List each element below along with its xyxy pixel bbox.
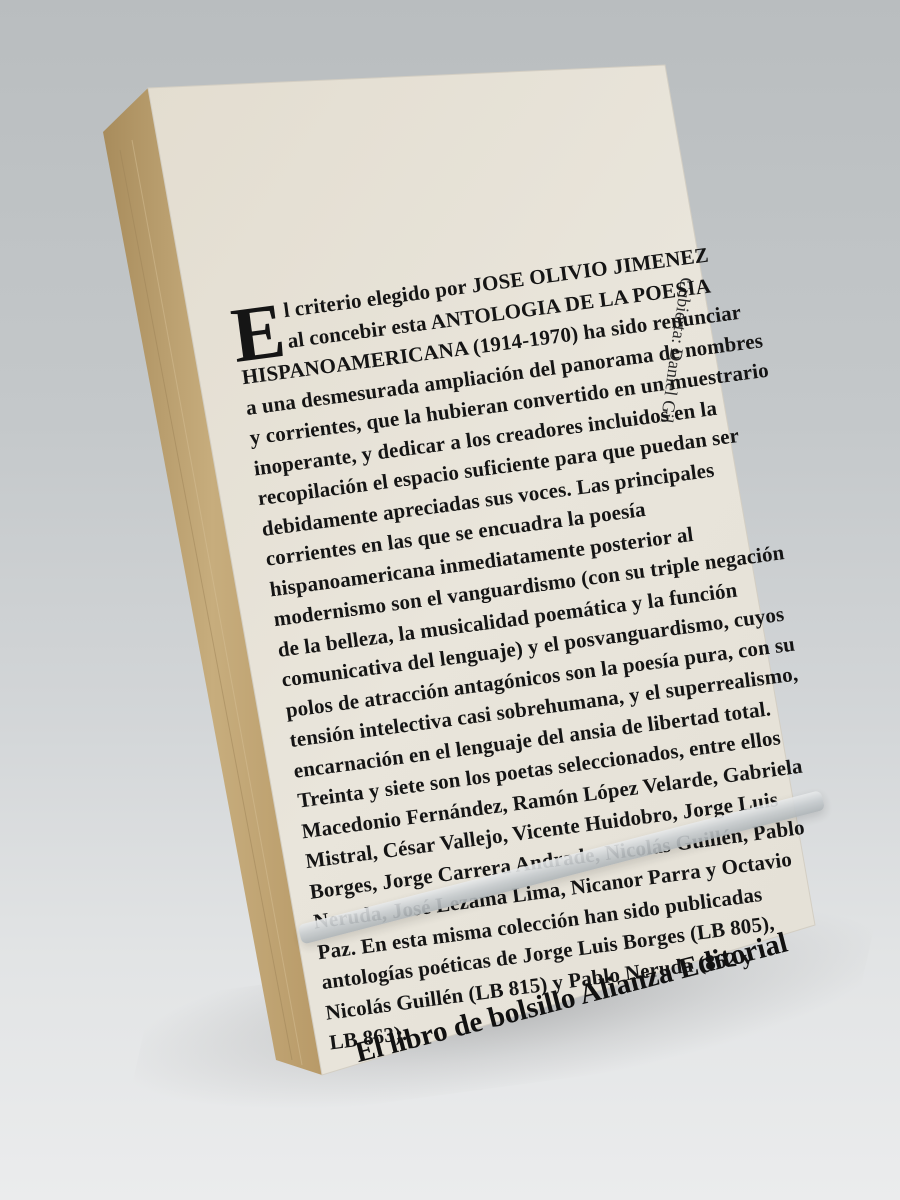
drop-cap: E [228, 298, 288, 368]
paperback-book: Cubierta: Daniel Gil E l criterio elegid… [0, 0, 900, 1200]
